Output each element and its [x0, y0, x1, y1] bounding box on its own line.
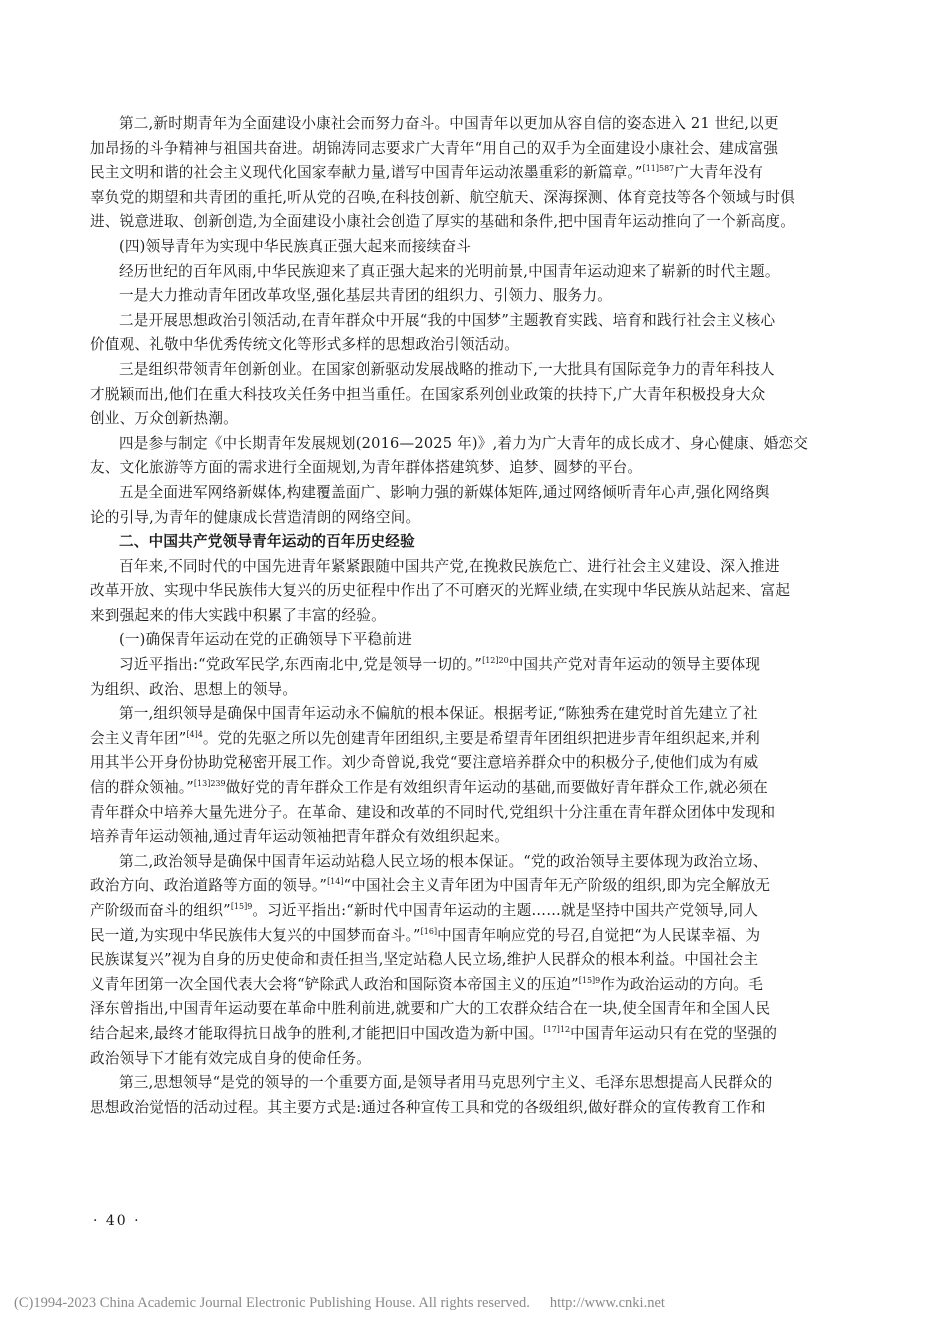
line-text: 政治领导下才能有效完成自身的使命任务。 [90, 1050, 371, 1067]
text-line: 改革开放、实现中华民族伟大复兴的历史征程中作出了不可磨灭的光辉业绩,在实现中华民… [90, 579, 872, 604]
text-line: 进、锐意进取、创新创造,为全面建设小康社会创造了厚实的基础和条件,把中国青年运动… [90, 210, 872, 235]
line-text-continued: 广大青年没有 [674, 164, 763, 181]
line-text: 用其半公开身份协助党秘密开展工作。刘少奇曾说,我党“要注意培养群众中的积极分子,… [90, 754, 758, 771]
text-line: 青年群众中培养大量先进分子。在革命、建设和改革的不同时代,党组织十分注重在青年群… [90, 801, 872, 826]
cnki-link[interactable]: http://www.cnki.net [550, 1295, 665, 1311]
text-line: 民一道,为实现中华民族伟大复兴的中国梦而奋斗。”[16]中国青年响应党的号召,自… [90, 924, 872, 949]
text-line: 民主文明和谐的社会主义现代化国家奉献力量,谱写中国青年运动浓墨重彩的新篇章。”[… [90, 161, 872, 186]
line-text: 培养青年运动领袖,通过青年运动领袖把青年群众有效组织起来。 [90, 828, 509, 845]
line-text: 辜负党的期望和共青团的重托,听从党的召唤,在科技创新、航空航天、深海探测、体育竞… [90, 189, 795, 206]
text-line: 为组织、政治、思想上的领导。 [90, 678, 872, 703]
line-text: 结合起来,最终才能取得抗日战争的胜利,才能把旧中国改造为新中国。 [90, 1025, 544, 1042]
copyright-text: (C)1994-2023 China Academic Journal Elec… [14, 1295, 530, 1311]
text-line: 结合起来,最终才能取得抗日战争的胜利,才能把旧中国改造为新中国。[17]12中国… [90, 1022, 872, 1047]
text-line: 一是大力推动青年团改革攻坚,强化基层共青团的组织力、引领力、服务力。 [90, 284, 872, 309]
line-text: 民族谋复兴”视为自身的历史使命和责任担当,坚定站稳人民立场,维护人民群众的根本利… [90, 951, 758, 968]
copyright-footer: (C)1994-2023 China Academic Journal Elec… [14, 1295, 665, 1312]
line-text: 二、中国共产党领导青年运动的百年历史经验 [119, 533, 415, 550]
line-text-continued: 作为政治运动的方向。毛 [600, 976, 763, 993]
line-text: 改革开放、实现中华民族伟大复兴的历史征程中作出了不可磨灭的光辉业绩,在实现中华民… [90, 582, 790, 599]
line-text: 为组织、政治、思想上的领导。 [90, 681, 297, 698]
text-line: 三是组织带领青年创新创业。在国家创新驱动发展战略的推动下,一大批具有国际竞争力的… [90, 358, 872, 383]
citation-superscript: [16] [421, 927, 437, 936]
line-text: 思想政治觉悟的活动过程。其主要方式是:通过各种宣传工具和党的各级组织,做好群众的… [90, 1099, 766, 1116]
line-text: 三是组织带领青年创新创业。在国家创新驱动发展战略的推动下,一大批具有国际竞争力的… [119, 361, 775, 378]
citation-superscript: [12]20 [482, 656, 509, 665]
line-text: 一是大力推动青年团改革攻坚,强化基层共青团的组织力、引领力、服务力。 [119, 287, 612, 304]
line-text: 二是开展思想政治引领活动,在青年群众中开展“我的中国梦”主题教育实践、培育和践行… [119, 312, 775, 329]
line-text: 才脱颖而出,他们在重大科技攻关任务中担当重任。在国家系列创业政策的扶持下,广大青… [90, 386, 765, 403]
line-text: 泽东曾指出,中国青年运动要在革命中胜利前进,就要和广大的工农群众结合在一块,使全… [90, 1000, 770, 1017]
line-text: 民一道,为实现中华民族伟大复兴的中国梦而奋斗。” [90, 927, 421, 944]
text-line: 政治方向、政治道路等方面的领导。”[14]“中国社会主义青年团为中国青年无产阶级… [90, 874, 872, 899]
text-line: 四是参与制定《中长期青年发展规划(2016—2025 年)》,着力为广大青年的成… [90, 432, 872, 457]
text-line: (四)领导青年为实现中华民族真正强大起来而接续奋斗 [90, 235, 872, 260]
document-body: 第二,新时期青年为全面建设小康社会而努力奋斗。中国青年以更加从容自信的姿态进入 … [90, 112, 872, 1120]
citation-superscript: [4]4 [186, 730, 202, 739]
line-text-continued: 做好党的青年群众工作是有效组织青年运动的基础,而要做好青年群众工作,就必须在 [226, 779, 768, 796]
line-text: 青年群众中培养大量先进分子。在革命、建设和改革的不同时代,党组织十分注重在青年群… [90, 804, 775, 821]
line-text: 四是参与制定《中长期青年发展规划(2016—2025 年)》,着力为广大青年的成… [119, 435, 808, 452]
text-line: 民族谋复兴”视为自身的历史使命和责任担当,坚定站稳人民立场,维护人民群众的根本利… [90, 948, 872, 973]
text-line: 创业、万众创新热潮。 [90, 407, 872, 432]
line-text: 来到强起来的伟大实践中积累了丰富的经验。 [90, 607, 386, 624]
line-text: 论的引导,为青年的健康成长营造清朗的网络空间。 [90, 509, 420, 526]
line-text: 百年来,不同时代的中国先进青年紧紧跟随中国共产党,在挽救民族危亡、进行社会主义建… [119, 558, 780, 575]
line-text-continued: 。党的先驱之所以先创建青年团组织,主要是希望青年团组织把进步青年组织起来,并利 [203, 730, 760, 747]
citation-superscript: [15]9 [231, 902, 253, 911]
text-line: 泽东曾指出,中国青年运动要在革命中胜利前进,就要和广大的工农群众结合在一块,使全… [90, 997, 872, 1022]
line-text: 信的群众领袖。” [90, 779, 194, 796]
text-line: 百年来,不同时代的中国先进青年紧紧跟随中国共产党,在挽救民族危亡、进行社会主义建… [90, 555, 872, 580]
line-text: 友、文化旅游等方面的需求进行全面规划,为青年群体搭建筑梦、追梦、圆梦的平台。 [90, 459, 642, 476]
text-line: 二是开展思想政治引领活动,在青年群众中开展“我的中国梦”主题教育实践、培育和践行… [90, 309, 872, 334]
text-line: 论的引导,为青年的健康成长营造清朗的网络空间。 [90, 506, 872, 531]
line-text: 价值观、礼敬中华优秀传统文化等形式多样的思想政治引领活动。 [90, 336, 519, 353]
line-text: 习近平指出:“党政军民学,东西南北中,党是领导一切的。” [119, 656, 482, 673]
page-number: · 40 · [93, 1213, 141, 1229]
text-line: 经历世纪的百年风雨,中华民族迎来了真正强大起来的光明前景,中国青年运动迎来了崭新… [90, 260, 872, 285]
line-text: 加昂扬的斗争精神与祖国共奋进。胡锦涛同志要求广大青年“用自己的双手为全面建设小康… [90, 140, 778, 157]
text-line: 培养青年运动领袖,通过青年运动领袖把青年群众有效组织起来。 [90, 825, 872, 850]
text-line: 用其半公开身份协助党秘密开展工作。刘少奇曾说,我党“要注意培养群众中的积极分子,… [90, 751, 872, 776]
line-text: (四)领导青年为实现中华民族真正强大起来而接续奋斗 [119, 238, 471, 255]
text-line: 五是全面进军网络新媒体,构建覆盖面广、影响力强的新媒体矩阵,通过网络倾听青年心声… [90, 481, 872, 506]
line-text-continued: “中国社会主义青年团为中国青年无产阶级的组织,即为完全解放无 [343, 877, 770, 894]
text-line: 第二,新时期青年为全面建设小康社会而努力奋斗。中国青年以更加从容自信的姿态进入 … [90, 112, 872, 137]
text-line: 加昂扬的斗争精神与祖国共奋进。胡锦涛同志要求广大青年“用自己的双手为全面建设小康… [90, 137, 872, 162]
line-text-continued: 中国青年运动只有在党的坚强的 [570, 1025, 777, 1042]
text-line: 第二,政治领导是确保中国青年运动站稳人民立场的根本保证。“党的政治领导主要体现为… [90, 850, 872, 875]
line-text-continued: 中国共产党对青年运动的领导主要体现 [509, 656, 761, 673]
line-text: 民主文明和谐的社会主义现代化国家奉献力量,谱写中国青年运动浓墨重彩的新篇章。” [90, 164, 643, 181]
line-text-continued: 。习近平指出:“新时代中国青年运动的主题……就是坚持中国共产党领导,同人 [252, 902, 758, 919]
line-text: 第一,组织领导是确保中国青年运动永不偏航的根本保证。根据考证,“陈独秀在建党时首… [119, 705, 758, 722]
line-text-continued: 中国青年响应党的号召,自觉把“为人民谋幸福、为 [437, 927, 760, 944]
citation-superscript: [17]12 [544, 1025, 571, 1034]
text-line: 会主义青年团”[4]4。党的先驱之所以先创建青年团组织,主要是希望青年团组织把进… [90, 727, 872, 752]
text-line: 思想政治觉悟的活动过程。其主要方式是:通过各种宣传工具和党的各级组织,做好群众的… [90, 1096, 872, 1121]
line-text: 产阶级而奋斗的组织” [90, 902, 231, 919]
line-text: 会主义青年团” [90, 730, 186, 747]
text-line: 义青年团第一次全国代表大会将“铲除武人政治和国际资本帝国主义的压迫”[15]9作… [90, 973, 872, 998]
line-text: 第二,政治领导是确保中国青年运动站稳人民立场的根本保证。“党的政治领导主要体现为… [119, 853, 768, 870]
line-text: (一)确保青年运动在党的正确领导下平稳前进 [119, 631, 412, 648]
line-text: 政治方向、政治道路等方面的领导。” [90, 877, 327, 894]
line-text: 创业、万众创新热潮。 [90, 410, 238, 427]
text-line: 辜负党的期望和共青团的重托,听从党的召唤,在科技创新、航空航天、深海探测、体育竞… [90, 186, 872, 211]
line-text: 第二,新时期青年为全面建设小康社会而努力奋斗。中国青年以更加从容自信的姿态进入 … [119, 115, 779, 132]
text-line: 第三,思想领导“是党的领导的一个重要方面,是领导者用马克思列宁主义、毛泽东思想提… [90, 1071, 872, 1096]
line-text: 五是全面进军网络新媒体,构建覆盖面广、影响力强的新媒体矩阵,通过网络倾听青年心声… [119, 484, 770, 501]
text-line: 产阶级而奋斗的组织”[15]9。习近平指出:“新时代中国青年运动的主题……就是坚… [90, 899, 872, 924]
citation-superscript: [11]587 [643, 164, 675, 173]
line-text: 进、锐意进取、创新创造,为全面建设小康社会创造了厚实的基础和条件,把中国青年运动… [90, 213, 795, 230]
text-line: 友、文化旅游等方面的需求进行全面规划,为青年群体搭建筑梦、追梦、圆梦的平台。 [90, 456, 872, 481]
line-text: 第三,思想领导“是党的领导的一个重要方面,是领导者用马克思列宁主义、毛泽东思想提… [119, 1074, 772, 1091]
text-line: 来到强起来的伟大实践中积累了丰富的经验。 [90, 604, 872, 629]
text-line: 价值观、礼敬中华优秀传统文化等形式多样的思想政治引领活动。 [90, 333, 872, 358]
text-line: 习近平指出:“党政军民学,东西南北中,党是领导一切的。”[12]20中国共产党对… [90, 653, 872, 678]
text-line: 才脱颖而出,他们在重大科技攻关任务中担当重任。在国家系列创业政策的扶持下,广大青… [90, 383, 872, 408]
citation-superscript: [15]9 [579, 976, 601, 985]
text-line: (一)确保青年运动在党的正确领导下平稳前进 [90, 628, 872, 653]
citation-superscript: [14] [327, 877, 343, 886]
citation-superscript: [13]239 [194, 779, 226, 788]
section-heading: 二、中国共产党领导青年运动的百年历史经验 [90, 530, 872, 555]
line-text: 义青年团第一次全国代表大会将“铲除武人政治和国际资本帝国主义的压迫” [90, 976, 579, 993]
line-text: 经历世纪的百年风雨,中华民族迎来了真正强大起来的光明前景,中国青年运动迎来了崭新… [119, 263, 780, 280]
text-line: 政治领导下才能有效完成自身的使命任务。 [90, 1047, 872, 1072]
text-line: 信的群众领袖。”[13]239做好党的青年群众工作是有效组织青年运动的基础,而要… [90, 776, 872, 801]
text-line: 第一,组织领导是确保中国青年运动永不偏航的根本保证。根据考证,“陈独秀在建党时首… [90, 702, 872, 727]
